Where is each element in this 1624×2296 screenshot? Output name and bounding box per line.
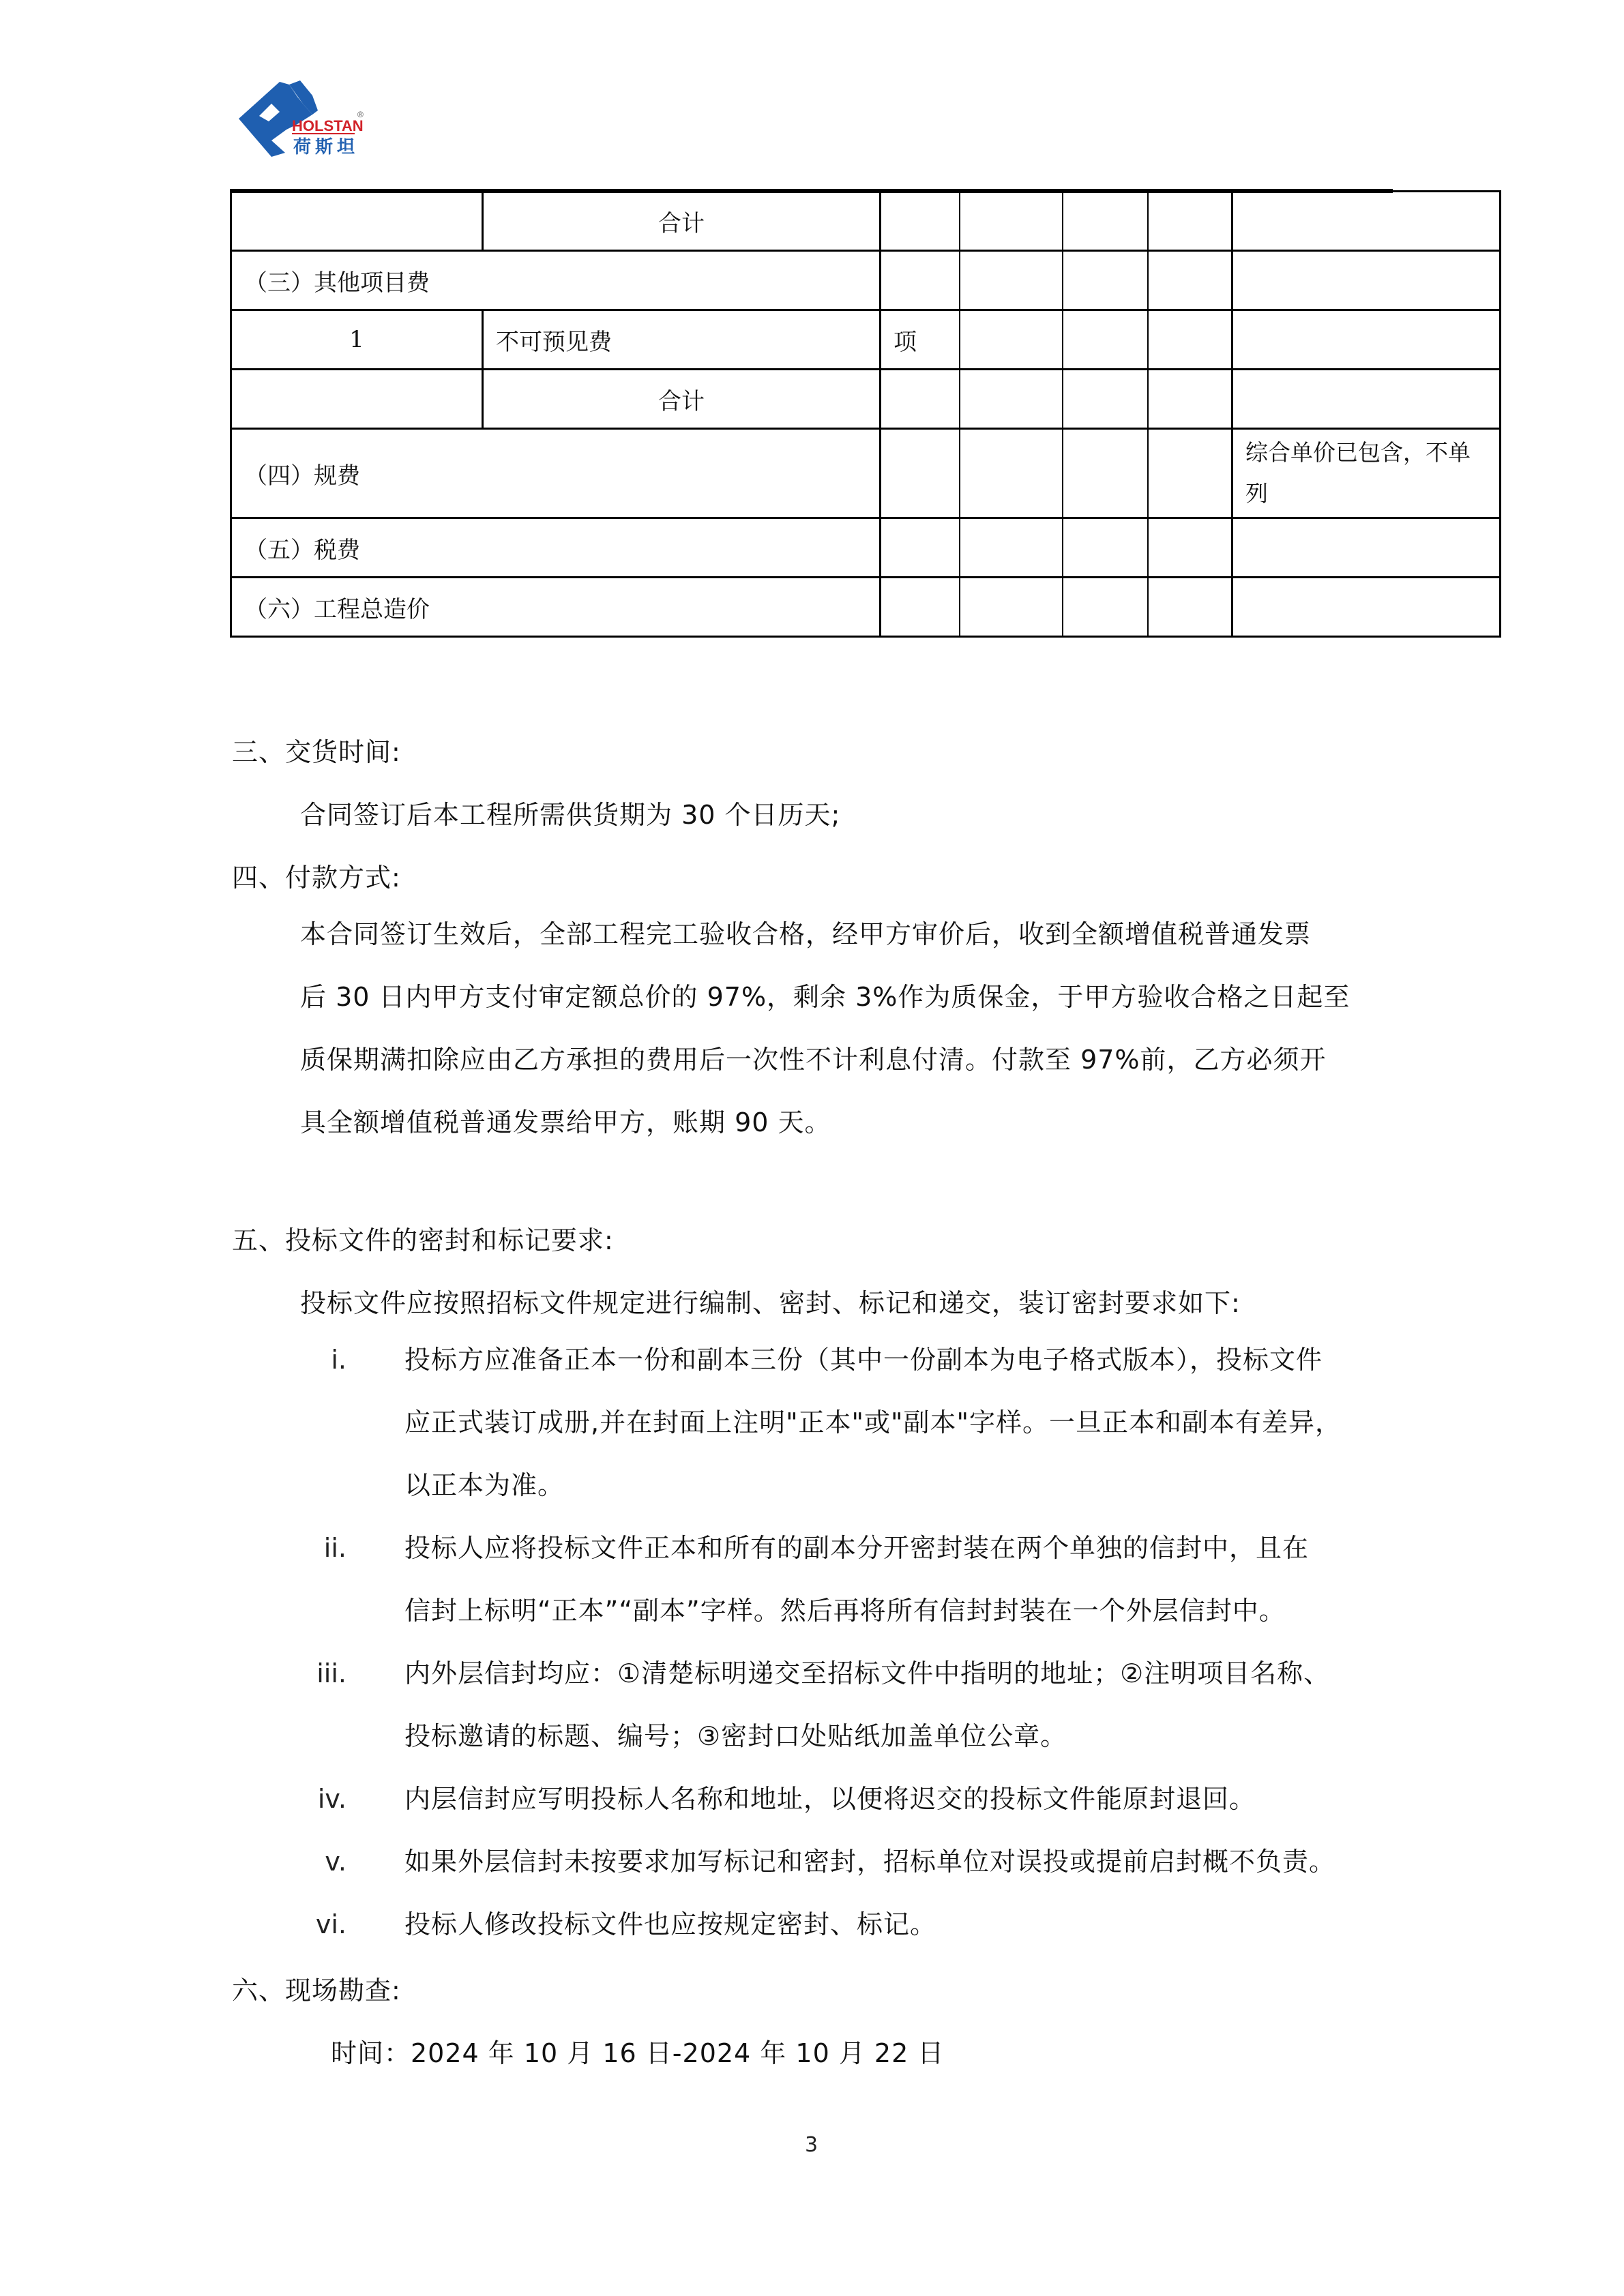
cell-name: 不可预见费 xyxy=(483,310,881,370)
site-survey-heading: 六、现场勘查: xyxy=(232,1969,401,2007)
payment-heading: 四、付款方式: xyxy=(232,856,401,894)
cell-note: 综合单价已包含，不单 列 xyxy=(1232,429,1501,518)
page-number: 3 xyxy=(805,2133,818,2157)
cell-c4 xyxy=(960,251,1063,310)
list-marker: iv. xyxy=(300,1768,346,1830)
cell-c5 xyxy=(1063,578,1148,637)
cell-index: 1 xyxy=(231,310,483,370)
item-line: 投标邀请的标题、编号；③密封口处贴纸加盖单位公章。 xyxy=(404,1705,1407,1768)
table-row-other-fees: （三）其他项目费 xyxy=(231,251,1501,310)
svg-text:荷斯坦: 荷斯坦 xyxy=(293,137,359,158)
cell-c5 xyxy=(1063,192,1148,251)
cell-c6 xyxy=(1148,429,1232,518)
table-row-subtotal-2: 合计 xyxy=(231,370,1501,429)
table-row-tax: （五）税费 xyxy=(231,518,1501,578)
cell-name: 合计 xyxy=(483,370,881,429)
list-marker: iii. xyxy=(300,1642,346,1705)
cell-c6 xyxy=(1148,578,1232,637)
item-line: 内外层信封均应：①清楚标明递交至招标文件中指明的地址；②注明项目名称、 xyxy=(404,1642,1407,1705)
cell-c5 xyxy=(1063,251,1148,310)
payment-line: 本合同签订生效后，全部工程完工验收合格，经甲方审价后，收到全额增值税普通发票 xyxy=(300,903,1398,966)
cell-unit xyxy=(881,578,960,637)
item-line: 如果外层信封未按要求加写标记和密封，招标单位对误投或提前启封概不负责。 xyxy=(404,1830,1407,1893)
table-row-total-cost: （六）工程总造价 xyxy=(231,578,1501,637)
cell-c5 xyxy=(1063,429,1148,518)
cell-section-label: （三）其他项目费 xyxy=(231,251,881,310)
cell-note xyxy=(1232,192,1501,251)
payment-line: 后 30 日内甲方支付审定额总价的 97%，剩余 3%作为质保金，于甲方验收合格… xyxy=(300,966,1398,1028)
cell-note xyxy=(1232,370,1501,429)
cow-diamond-logo-icon: HOLSTAN ® 荷斯坦 xyxy=(232,76,396,165)
cell-c4 xyxy=(960,518,1063,578)
document-page: HOLSTAN ® 荷斯坦 合计 （三）其他项目费 xyxy=(0,0,1624,2296)
item-line: 投标人应将投标文件正本和所有的副本分开密封装在两个单独的信封中，且在 xyxy=(404,1517,1407,1579)
cell-c4 xyxy=(960,370,1063,429)
cell-c6 xyxy=(1148,251,1232,310)
cell-c4 xyxy=(960,310,1063,370)
list-marker: i. xyxy=(300,1328,346,1391)
cell-c6 xyxy=(1148,370,1232,429)
item-line: 应正式装订成册,并在封面上注明"正本"或"副本"字样。一旦正本和副本有差异， xyxy=(404,1391,1407,1454)
item-line: 内层信封应写明投标人名称和地址，以便将迟交的投标文件能原封退回。 xyxy=(404,1768,1407,1830)
table-row-subtotal-1: 合计 xyxy=(231,192,1501,251)
site-survey-time: 时间：2024 年 10 月 16 日-2024 年 10 月 22 日 xyxy=(331,2032,944,2070)
delivery-heading: 三、交货时间: xyxy=(232,731,401,769)
sealing-heading: 五、投标文件的密封和标记要求: xyxy=(232,1219,614,1257)
cell-unit xyxy=(881,370,960,429)
note-line: 列 xyxy=(1245,473,1487,514)
list-marker: v. xyxy=(300,1830,346,1893)
cell-section-label: （五）税费 xyxy=(231,518,881,578)
cell-section-label: （四）规费 xyxy=(231,429,881,518)
cell-c6 xyxy=(1148,518,1232,578)
cell-c6 xyxy=(1148,192,1232,251)
svg-text:HOLSTAN: HOLSTAN xyxy=(292,117,364,134)
payment-line: 质保期满扣除应由乙方承担的费用后一次性不计利息付清。付款至 97%前，乙方必须开 xyxy=(300,1028,1398,1091)
item-line: 以正本为准。 xyxy=(404,1454,1407,1517)
item-line: 投标人修改投标文件也应按规定密封、标记。 xyxy=(404,1893,1407,1956)
table-row-regulatory-fees: （四）规费 综合单价已包含，不单 列 xyxy=(231,429,1501,518)
sealing-intro: 投标文件应按照招标文件规定进行编制、密封、标记和递交，装订密封要求如下: xyxy=(300,1282,1241,1320)
cell-c4 xyxy=(960,429,1063,518)
cell-note xyxy=(1232,251,1501,310)
svg-text:®: ® xyxy=(357,110,364,119)
holstan-logo: HOLSTAN ® 荷斯坦 xyxy=(232,76,396,165)
cell-c6 xyxy=(1148,310,1232,370)
list-marker: vi. xyxy=(300,1893,346,1956)
cell-name: 合计 xyxy=(483,192,881,251)
cell-index xyxy=(231,192,483,251)
table-row-contingency: 1 不可预见费 项 xyxy=(231,310,1501,370)
item-line: 投标方应准备正本一份和副本三份（其中一份副本为电子格式版本），投标文件 xyxy=(404,1328,1407,1391)
cell-note xyxy=(1232,518,1501,578)
payment-line: 具全额增值税普通发票给甲方，账期 90 天。 xyxy=(300,1091,1398,1154)
cost-table-wrapper: 合计 （三）其他项目费 1 不可预见费 项 xyxy=(230,190,1499,638)
cell-section-label: （六）工程总造价 xyxy=(231,578,881,637)
delivery-body: 合同签订后本工程所需供货期为 30 个日历天; xyxy=(300,794,840,831)
cell-unit xyxy=(881,518,960,578)
cell-unit xyxy=(881,192,960,251)
note-line: 综合单价已包含，不单 xyxy=(1245,432,1487,473)
item-line: 信封上标明“正本”“副本”字样。然后再将所有信封封装在一个外层信封中。 xyxy=(404,1579,1407,1642)
cell-unit xyxy=(881,251,960,310)
cost-table: 合计 （三）其他项目费 1 不可预见费 项 xyxy=(230,190,1501,638)
cell-unit: 项 xyxy=(881,310,960,370)
cell-c5 xyxy=(1063,310,1148,370)
cell-note xyxy=(1232,578,1501,637)
cell-c4 xyxy=(960,192,1063,251)
cell-c5 xyxy=(1063,518,1148,578)
cell-note xyxy=(1232,310,1501,370)
cell-index xyxy=(231,370,483,429)
cell-unit xyxy=(881,429,960,518)
cell-c5 xyxy=(1063,370,1148,429)
cell-c4 xyxy=(960,578,1063,637)
payment-paragraph: 本合同签订生效后，全部工程完工验收合格，经甲方审价后，收到全额增值税普通发票 后… xyxy=(300,903,1398,1154)
list-marker: ii. xyxy=(300,1517,346,1579)
